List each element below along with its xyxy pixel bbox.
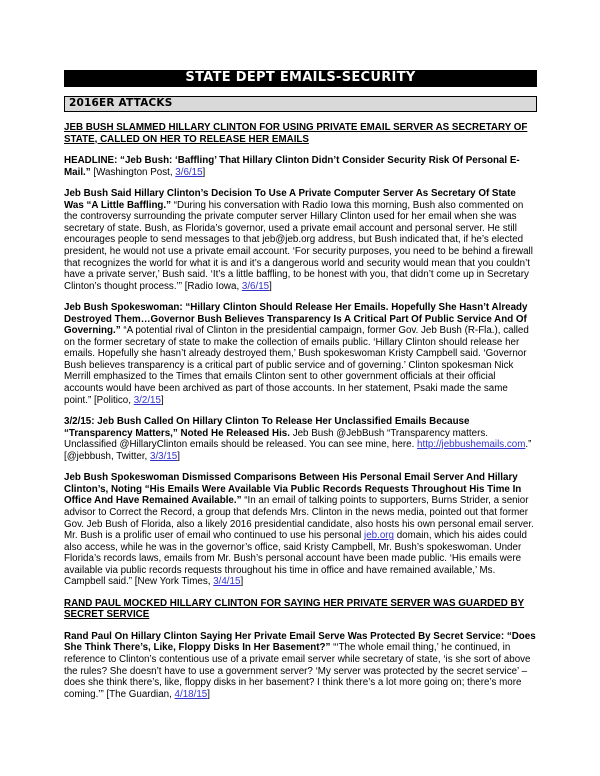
inline-link[interactable]: 3/2/15 (134, 395, 161, 406)
inline-link[interactable]: 4/18/15 (175, 689, 208, 700)
paragraph-text: “During his conversation with Radio Iowa… (64, 200, 533, 292)
paragraph-lead: RAND PAUL MOCKED HILLARY CLINTON FOR SAY… (64, 598, 524, 621)
inline-link[interactable]: 3/6/15 (175, 167, 202, 178)
paragraph: Jeb Bush Spokeswoman Dismissed Compariso… (64, 472, 537, 587)
paragraph: 3/2/15: Jeb Bush Called On Hillary Clint… (64, 416, 537, 462)
paragraph-lead: JEB BUSH SLAMMED HILLARY CLINTON FOR USI… (64, 122, 527, 145)
paragraph: Jeb Bush Said Hillary Clinton’s Decision… (64, 188, 537, 292)
section-heading: RAND PAUL MOCKED HILLARY CLINTON FOR SAY… (64, 598, 537, 621)
paragraph-text: “A potential rival of Clinton in the pre… (64, 325, 529, 405)
paragraph-text: [Washington Post, (91, 167, 176, 178)
title-banner: STATE DEPT EMAILS-SECURITY (64, 70, 537, 87)
paragraph: Rand Paul On Hillary Clinton Saying Her … (64, 631, 537, 700)
inline-link[interactable]: 3/4/15 (213, 576, 240, 587)
paragraph: Jeb Bush Spokeswoman: “Hillary Clinton S… (64, 302, 537, 406)
inline-link[interactable]: http://jebbushemails.com (417, 439, 525, 450)
paragraph: HEADLINE: “Jeb Bush: ‘Baffling’ That Hil… (64, 155, 537, 178)
section-banner: 2016ER ATTACKS (64, 96, 537, 113)
paragraph-text: ] (240, 576, 243, 587)
document-body: JEB BUSH SLAMMED HILLARY CLINTON FOR USI… (64, 122, 537, 700)
document-page: STATE DEPT EMAILS-SECURITY 2016ER ATTACK… (64, 70, 537, 700)
paragraph-text: ] (177, 451, 180, 462)
section-heading: JEB BUSH SLAMMED HILLARY CLINTON FOR USI… (64, 122, 537, 145)
paragraph-text: ] (203, 167, 206, 178)
inline-link[interactable]: 3/6/15 (242, 281, 269, 292)
paragraph-text: ] (207, 689, 210, 700)
inline-link[interactable]: 3/3/15 (150, 451, 177, 462)
inline-link[interactable]: jeb.org (364, 530, 394, 541)
paragraph-text: ] (269, 281, 272, 292)
paragraph-text: ] (161, 395, 164, 406)
